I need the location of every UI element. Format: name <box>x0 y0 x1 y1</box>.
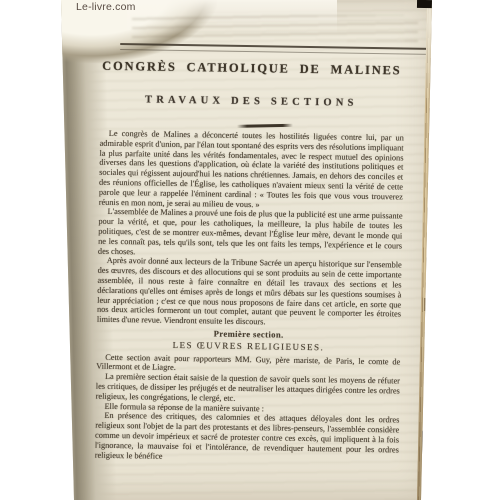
paragraph: La première section était saisie de la q… <box>96 372 400 406</box>
corner-ink-mark <box>417 0 433 8</box>
edge-dark-mark <box>424 298 428 311</box>
header-rule <box>120 43 429 55</box>
watermark: Le-livre.com <box>76 1 136 13</box>
paragraph: L'assemblée de Malines a prouvé une fois… <box>98 207 403 261</box>
book-page-photo: n de e r s t l i CONGRÈS CATHOLIQUE DE M… <box>57 0 432 500</box>
article-body: Le congrès de Malines a déconcerté toute… <box>95 129 404 465</box>
paragraph: En présence des critiques, des calomnies… <box>95 411 400 465</box>
page-title: CONGRÈS CATHOLIQUE DE MALINES <box>96 59 408 79</box>
section-title: LES ŒUVRES RELIGIEUSES. <box>96 339 400 354</box>
product-image-canvas: Le-livre.com n de e r s t l i CONGRÈS CA… <box>0 0 500 500</box>
printed-page-content: CONGRÈS CATHOLIQUE DE MALINES TRAVAUX DE… <box>53 0 436 500</box>
ornament-rule <box>237 124 293 128</box>
edge-dark-mark <box>422 475 431 499</box>
paragraph: Après avoir donné aux lecteurs de la Tri… <box>97 256 402 329</box>
paragraph: Le congrès de Malines a déconcerté toute… <box>99 129 404 212</box>
page-subtitle: TRAVAUX DES SECTIONS <box>95 94 407 110</box>
edge-dark-mark <box>422 430 430 478</box>
